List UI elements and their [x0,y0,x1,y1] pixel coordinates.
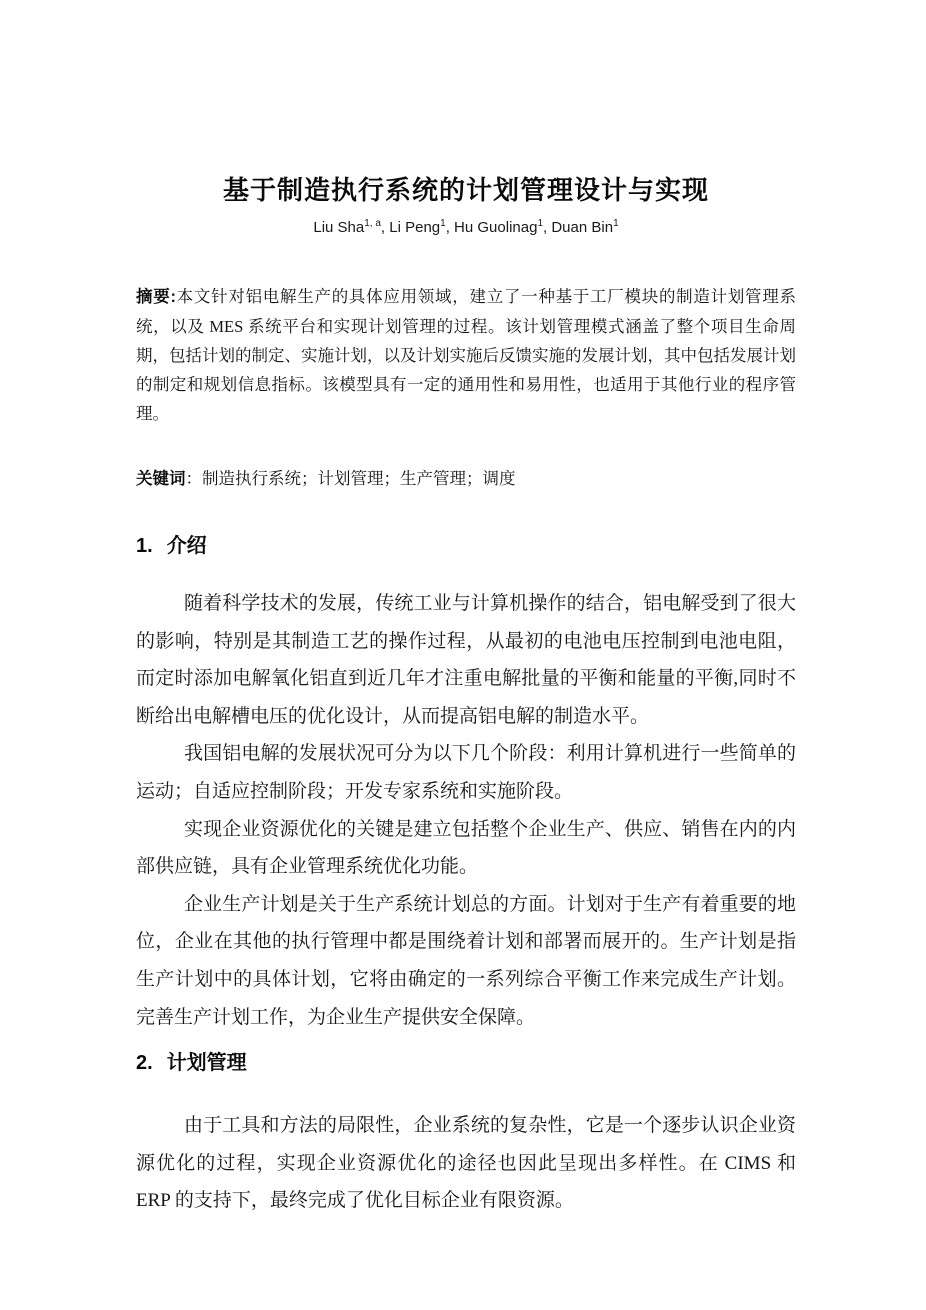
paragraph: 我国铝电解的发展状况可分为以下几个阶段：利用计算机进行一些简单的运动；自适应控制… [136,735,796,810]
section-title: 介绍 [167,535,207,557]
paragraph: 由于工具和方法的局限性，企业系统的复杂性，它是一个逐步认识企业资源优化的过程，实… [136,1107,796,1220]
document-page: 基于制造执行系统的计划管理设计与实现 Liu Sha1, a, Li Peng1… [0,0,926,1310]
paragraph: 随着科学技术的发展，传统工业与计算机操作的结合，铝电解受到了很大的影响，特别是其… [136,585,796,735]
author-separator: , [381,219,389,236]
section-number: 1. [136,535,153,557]
abstract-label: 摘要: [136,288,176,306]
keywords-label: 关键词 [136,470,186,488]
abstract-paragraph: 摘要:本文针对铝电解生产的具体应用领域，建立了一种基于工厂模块的制造计划管理系统… [136,282,796,428]
section-heading-introduction: 1.介绍 [136,532,796,560]
author: Li Peng1 [389,219,445,236]
author-affiliation-superscript: 1, a [364,218,381,229]
author: Liu Sha1, a [313,219,381,236]
author-affiliation-superscript: 1 [613,218,619,229]
keywords-colon: ： [186,469,203,488]
author-line: Liu Sha1, a, Li Peng1, Hu Guolinag1, Dua… [136,216,796,240]
section-heading-plan-management: 2.计划管理 [136,1049,796,1077]
section-title: 计划管理 [167,1052,247,1074]
keywords-line: 关键词：制造执行系统；计划管理；生产管理；调度 [136,464,796,494]
abstract-text: 本文针对铝电解生产的具体应用领域，建立了一种基于工厂模块的制造计划管理系统，以及… [136,287,796,423]
keywords-text: 制造执行系统；计划管理；生产管理；调度 [202,469,516,488]
paragraph: 企业生产计划是关于生产系统计划总的方面。计划对于生产有着重要的地位，企业在其他的… [136,886,796,1036]
author: Hu Guolinag1 [454,219,543,236]
author-separator: , [446,219,454,236]
author: Duan Bin1 [551,219,618,236]
section-number: 2. [136,1052,153,1074]
paper-title: 基于制造执行系统的计划管理设计与实现 [136,172,796,208]
content-area: 基于制造执行系统的计划管理设计与实现 Liu Sha1, a, Li Peng1… [136,0,796,1220]
paragraph: 实现企业资源优化的关键是建立包括整个企业生产、供应、销售在内的内部供应链，具有企… [136,811,796,886]
